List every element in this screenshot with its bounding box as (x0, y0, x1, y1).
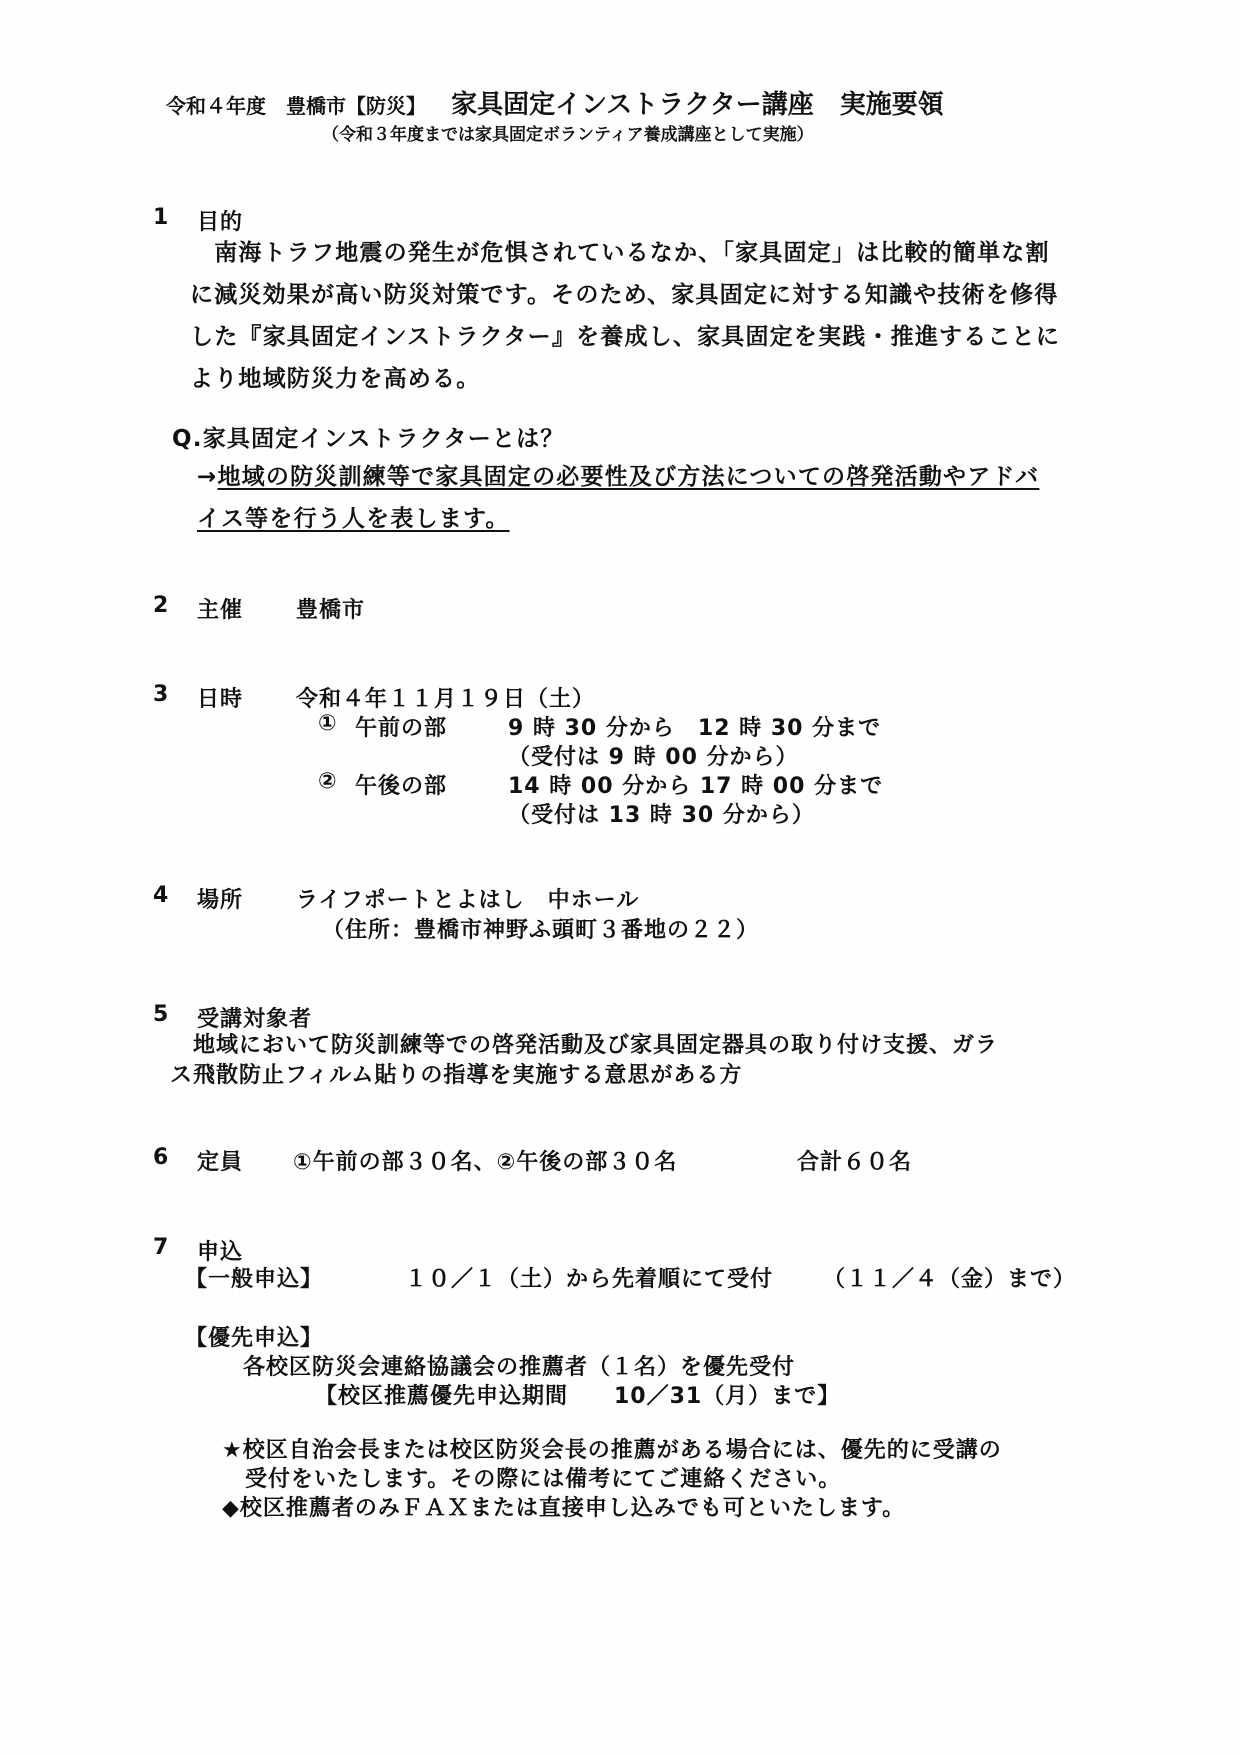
course-title: 家具固定インストラクター講座 (451, 90, 814, 120)
section-heading-host: 主催 (197, 593, 243, 624)
general-application-deadline: （１１／４（金）まで） (823, 1262, 1076, 1293)
section-number: 1 (153, 205, 169, 230)
section-number: 2 (153, 593, 169, 618)
section-number: 4 (153, 883, 169, 908)
purpose-line: 南海トラフ地震の発生が危惧されているなか、「家具固定」は比較的簡単な割 (190, 232, 1060, 274)
capacity-total: 合計６０名 (797, 1145, 912, 1176)
section-number: 5 (153, 1002, 169, 1027)
note-recommendation-cont: 受付をいたします。その際には備考にてご連絡ください。 (222, 1465, 1002, 1494)
session-reception: （受付は 9 時 00 分から） (508, 740, 799, 771)
priority-application-desc: 各校区防災会連絡協議会の推薦者（１名）を優先受付 (243, 1350, 795, 1381)
target-line: ス飛散防止フィルム貼りの指導を実施する意思がある方 (170, 1061, 998, 1091)
host-value: 豊橋市 (296, 593, 365, 624)
section-number: 3 (153, 682, 169, 707)
note-fax: ◆校区推薦者のみＦＡＸまたは直接申し込みでも可といたします。 (222, 1494, 1002, 1523)
general-application-label: 【一般申込】 (185, 1262, 323, 1293)
venue-address: （住所：豊橋市神野ふ頭町３番地の２２） (322, 913, 759, 944)
section-heading-datetime: 日時 (197, 682, 243, 713)
session-time: 14 時 00 分から 17 時 00 分まで (508, 769, 883, 800)
document-page: 令和４年度 豊橋市【防災】 家具固定インストラクター講座 実施要領 （令和３年度… (0, 0, 1240, 1755)
purpose-paragraph: 南海トラフ地震の発生が危惧されているなか、「家具固定」は比較的簡単な割 に減災効… (190, 232, 1060, 400)
target-line: 地域において防災訓練等での啓発活動及び家具固定器具の取り付け支援、ガラ (170, 1031, 998, 1061)
application-notes: ★校区自治会長または校区防災会長の推薦がある場合には、優先的に受講の 受付をいた… (222, 1436, 1002, 1523)
venue-name: ライフポートとよはし 中ホール (296, 883, 639, 914)
section-number: 7 (153, 1235, 169, 1260)
fiscal-year: 令和４年度 (166, 94, 266, 118)
arrow-icon: → (197, 464, 217, 490)
capacity-value: ①午前の部３０名、②午後の部３０名 (293, 1145, 677, 1176)
session-mark: ① (318, 711, 338, 736)
priority-application-label: 【優先申込】 (185, 1321, 323, 1352)
event-date: 令和４年１１月１９日（土） (296, 682, 595, 713)
target-description: 地域において防災訓練等での啓発活動及び家具固定器具の取り付け支援、ガラ ス飛散防… (170, 1031, 998, 1091)
section-heading-capacity: 定員 (197, 1145, 243, 1176)
general-application-period: １０／１（土）から先着順にて受付 (405, 1262, 773, 1293)
qa-question: Q.家具固定インストラクターとは？ (172, 418, 565, 460)
session-name: 午前の部 (355, 711, 447, 742)
qa-answer: →地域の防災訓練等で家具固定の必要性及び方法についての啓発活動やアドバ イス等を… (197, 456, 1039, 540)
section-heading-target: 受講対象者 (197, 1002, 312, 1033)
document-subtitle: （令和３年度までは家具固定ボランティア養成講座として実施） (322, 120, 814, 145)
session-time: 9 時 30 分から 12 時 30 分まで (508, 711, 881, 742)
purpose-line: した『家具固定インストラクター』を養成し、家具固定を実践・推進することに (190, 316, 1060, 358)
session-name: 午後の部 (355, 769, 447, 800)
organizer-tag: 豊橋市【防災】 (286, 94, 416, 118)
note-recommendation: ★校区自治会長または校区防災会長の推薦がある場合には、優先的に受講の (222, 1436, 1002, 1465)
purpose-line: に減災効果が高い防災対策です。そのため、家具固定に対する知識や技術を修得 (190, 274, 1060, 316)
qa-answer-line: 地域の防災訓練等で家具固定の必要性及び方法についての啓発活動やアドバ (217, 464, 1039, 490)
purpose-line: より地域防災力を高める。 (190, 358, 1060, 400)
session-mark: ② (318, 769, 338, 794)
priority-application-period: 【校区推薦優先申込期間 10／31（月）まで】 (315, 1379, 840, 1410)
section-heading-venue: 場所 (197, 883, 243, 914)
document-title: 令和４年度 豊橋市【防災】 家具固定インストラクター講座 実施要領 (166, 84, 944, 121)
section-number: 6 (153, 1145, 169, 1170)
doc-type: 実施要領 (840, 90, 944, 120)
qa-answer-line: イス等を行う人を表します。 (197, 506, 510, 532)
session-reception: （受付は 13 時 30 分から） (508, 798, 815, 829)
